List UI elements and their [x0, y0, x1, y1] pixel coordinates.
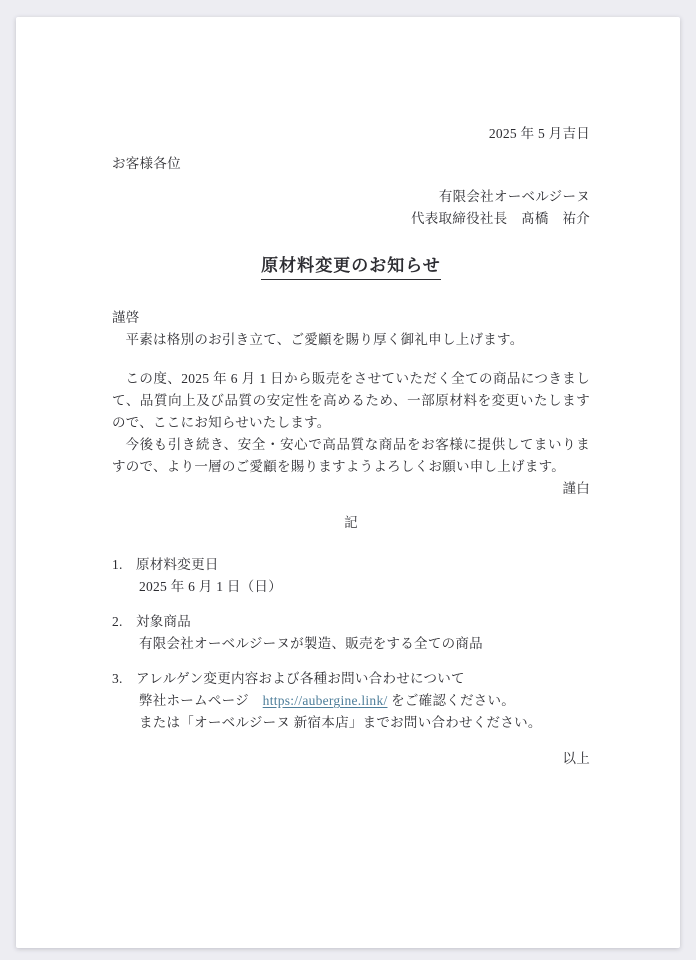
list-item-target-products: 2. 対象商品 有限会社オーベルジーヌが製造、販売をする全ての商品 [112, 611, 590, 655]
item-detail-contact: または「オーベルジーヌ 新宿本店」までお問い合わせください。 [139, 712, 590, 734]
item-title: アレルゲン変更内容および各種お問い合わせについて [136, 668, 590, 690]
item-content: 対象商品 有限会社オーベルジーヌが製造、販売をする全ての商品 [136, 611, 590, 655]
homepage-link[interactable]: https://aubergine.link/ [263, 693, 388, 708]
link-prefix-text: 弊社ホームページ [139, 693, 263, 708]
company-name: 有限会社オーベルジーヌ [112, 186, 590, 208]
end-marker: 以上 [112, 748, 590, 770]
item-detail-link-line: 弊社ホームページ https://aubergine.link/ をご確認くださ… [139, 690, 590, 712]
item-number: 1. [112, 554, 136, 598]
list-item-allergen-contact: 3. アレルゲン変更内容および各種お問い合わせについて 弊社ホームページ htt… [112, 668, 590, 734]
salutation: 謹啓 [112, 307, 590, 329]
document-date: 2025 年 5 月吉日 [112, 123, 590, 145]
closing-word: 謹白 [112, 478, 590, 500]
paragraph-announcement: この度、2025 年 6 月 1 日から販売をさせていただく全ての商品につきまし… [112, 368, 590, 434]
item-detail: 有限会社オーベルジーヌが製造、販売をする全ての商品 [139, 633, 590, 655]
item-title: 対象商品 [136, 611, 590, 633]
item-number: 3. [112, 668, 136, 734]
item-number: 2. [112, 611, 136, 655]
link-suffix-text: をご確認ください。 [388, 693, 516, 708]
title-row: 原材料変更のお知らせ [112, 255, 590, 280]
item-content: アレルゲン変更内容および各種お問い合わせについて 弊社ホームページ https:… [136, 668, 590, 734]
ki-marker: 記 [112, 512, 590, 534]
list-item-change-date: 1. 原材料変更日 2025 年 6 月 1 日（日） [112, 554, 590, 598]
page-title: 原材料変更のお知らせ [261, 255, 441, 280]
sender-block: 有限会社オーベルジーヌ 代表取締役社長 髙橋 祐介 [112, 186, 590, 230]
recipient: お客様各位 [112, 153, 590, 175]
item-content: 原材料変更日 2025 年 6 月 1 日（日） [136, 554, 590, 598]
item-detail: 2025 年 6 月 1 日（日） [139, 576, 590, 598]
item-title: 原材料変更日 [136, 554, 590, 576]
photo-background: 2025 年 5 月吉日 お客様各位 有限会社オーベルジーヌ 代表取締役社長 髙… [0, 0, 696, 960]
signer-name: 代表取締役社長 髙橋 祐介 [112, 208, 590, 230]
paragraph-greeting: 平素は格別のお引き立て、ご愛顧を賜り厚く御礼申し上げます。 [112, 329, 590, 351]
notice-item-list: 1. 原材料変更日 2025 年 6 月 1 日（日） 2. 対象商品 有限会社… [112, 554, 590, 734]
document-page: 2025 年 5 月吉日 お客様各位 有限会社オーベルジーヌ 代表取締役社長 髙… [16, 17, 680, 948]
paragraph-commitment: 今後も引き続き、安全・安心で高品質な商品をお客様に提供してまいりますので、より一… [112, 434, 590, 478]
